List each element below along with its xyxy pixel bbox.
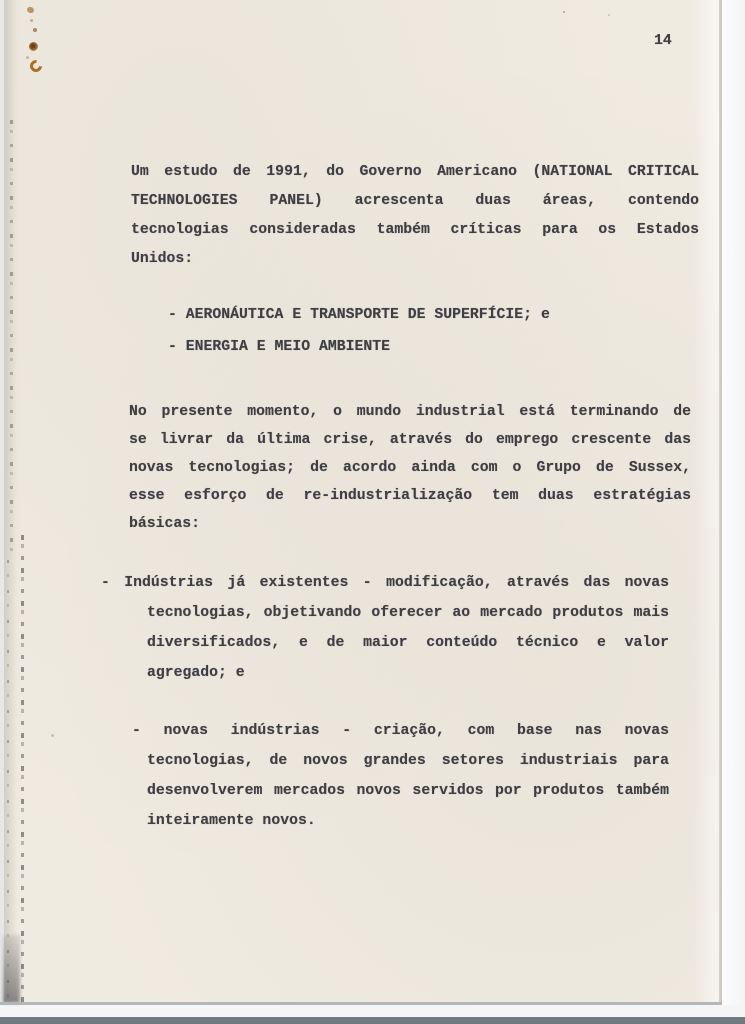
dust-speck-3 [51, 734, 54, 737]
rust-spot-3 [33, 28, 37, 32]
rust-spot-2 [30, 19, 33, 22]
rust-spot-5 [26, 56, 29, 59]
text-line: desenvolverem mercados novos servidos po… [101, 776, 669, 806]
list-critical-areas: - AERONÁUTICA E TRANSPORTE DE SUPERFÍCIE… [168, 299, 550, 363]
text-line: No presente momento, o mundo industrial … [129, 398, 691, 426]
text-line: diversificados, e de maior conteúdo técn… [101, 628, 669, 658]
text-line: tecnologias, de novos grandes setores in… [101, 746, 669, 776]
rust-ring-mark [28, 58, 45, 75]
text-line: tecnologias, objetivando oferecer ao mer… [101, 598, 669, 628]
scanner-margin-right [722, 0, 745, 1005]
copy-speckle-line-faint [7, 560, 9, 1000]
copy-speckle-line-lower [21, 535, 24, 1003]
text-line: tecnologias consideradas também críticas… [131, 216, 699, 245]
text-line: novas tecnologias; de acordo ainda com o… [129, 454, 691, 482]
text-line: básicas: [129, 510, 691, 538]
text-line: se livrar da última crise, através do em… [129, 426, 691, 454]
copy-speckle-line-upper [10, 120, 13, 560]
paragraph-reindustrialization: No presente momento, o mundo industrial … [129, 398, 691, 538]
rust-spot-1 [26, 6, 35, 14]
list-item-existing-industries: - Indústrias já existentes - modificação… [101, 568, 669, 688]
text-line: esse esforço de re-industrialização tem … [129, 482, 691, 510]
document-page: 14 Um estudo de 1991, do Governo America… [0, 0, 722, 1003]
paper-bottom-edge [0, 1002, 722, 1005]
text-line: - AERONÁUTICA E TRANSPORTE DE SUPERFÍCIE… [168, 299, 550, 331]
scanner-bed-edge [0, 1017, 745, 1024]
text-line: - novas indústrias - criação, com base n… [101, 716, 669, 746]
dust-speck-1 [563, 11, 565, 13]
text-line: Um estudo de 1991, do Governo Americano … [131, 158, 699, 187]
text-line: - Indústrias já existentes - modificação… [101, 568, 669, 598]
paragraph-intro: Um estudo de 1991, do Governo Americano … [131, 158, 699, 274]
rust-spot-4 [29, 42, 38, 51]
text-line: - ENERGIA E MEIO AMBIENTE [168, 331, 550, 363]
corner-smudge [3, 935, 20, 1003]
text-line: TECHNOLOGIES PANEL) acrescenta duas área… [131, 187, 699, 216]
text-line: Unidos: [131, 245, 699, 274]
list-item-new-industries: - novas indústrias - criação, com base n… [101, 716, 669, 836]
page-number: 14 [654, 33, 672, 49]
text-line: inteiramente novos. [101, 806, 669, 836]
text-line: agregado; e [101, 658, 669, 688]
dust-speck-2 [608, 14, 610, 16]
